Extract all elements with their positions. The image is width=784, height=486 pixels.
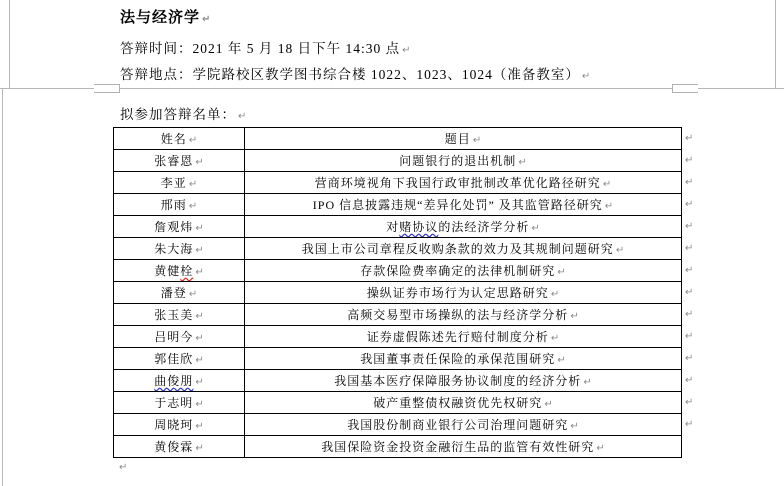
cell-text: 问题银行的退出机制 — [399, 154, 516, 168]
end-of-row-mark-icon: ↵ — [685, 282, 693, 304]
margin-crop-mark-right — [672, 84, 698, 93]
paragraph-mark-icon: ↵ — [518, 157, 526, 168]
roster-label-line[interactable]: 拟参加答辩名单：↵ — [120, 103, 246, 123]
topic-cell[interactable]: 我国董事责任保险的承保范围研究↵ — [245, 348, 682, 370]
cell-text: 张玉美 — [154, 308, 193, 322]
paragraph-mark-icon: ↵ — [189, 135, 197, 146]
table-row: 周晓珂↵我国股份制商业银行公司治理问题研究↵ — [114, 414, 682, 436]
name-column-header[interactable]: 姓名↵ — [114, 128, 245, 150]
defense-time-text: 答辩时间：2021 年 5 月 18 日下午 14:30 点 — [120, 41, 400, 56]
paragraph-mark-icon: ↵ — [570, 311, 578, 322]
topic-cell[interactable]: 操纵证券市场行为认定思路研究↵ — [245, 282, 682, 304]
topic-cell[interactable]: 破产重整债权融资优先权研究↵ — [245, 392, 682, 414]
name-cell[interactable]: 于志明↵ — [114, 392, 245, 414]
table-row: 詹观炜↵对赌协议的法经济学分析↵ — [114, 216, 682, 238]
cell-text: 我国基本医疗保障服务协议制度的经济分析 — [334, 374, 581, 388]
cell-text: 邢雨 — [161, 198, 187, 212]
paragraph-mark-icon: ↵ — [616, 245, 624, 256]
document-page: 法与经济学↵ 答辩时间：2021 年 5 月 18 日下午 14:30 点↵ 答… — [0, 0, 784, 486]
paragraph-mark-icon: ↵ — [189, 201, 197, 212]
table-row: 张睿恩↵问题银行的退出机制↵ — [114, 150, 682, 172]
cell-text: 我国董事责任保险的承保范围研究 — [360, 352, 555, 366]
paragraph-mark-icon: ↵ — [195, 311, 203, 322]
name-cell[interactable]: 曲俊朋↵ — [114, 370, 245, 392]
end-of-row-mark-icon: ↵ — [685, 238, 693, 260]
end-paragraph-mark-icon: ↵ — [119, 462, 127, 473]
end-of-row-mark-icon: ↵ — [685, 348, 693, 370]
paragraph-mark-icon: ↵ — [544, 399, 552, 410]
paragraph-mark-icon: ↵ — [596, 443, 604, 454]
cell-text: IPO 信息披露违规“差异化处罚” 及其监管路径研究 — [313, 198, 603, 212]
paragraph-mark-icon: ↵ — [195, 223, 203, 234]
topic-cell[interactable]: 我国股份制商业银行公司治理问题研究↵ — [245, 414, 682, 436]
paragraph-mark-icon: ↵ — [195, 399, 203, 410]
paragraph-mark-icon: ↵ — [195, 355, 203, 366]
defense-roster-table: 姓名↵ 题目↵ 张睿恩↵问题银行的退出机制↵李亚↵营商环境视角下我国行政审批制改… — [113, 127, 682, 458]
name-cell[interactable]: 李亚↵ — [114, 172, 245, 194]
paragraph-mark-icon: ↵ — [557, 267, 565, 278]
end-of-row-mark-icon: ↵ — [685, 304, 693, 326]
cell-text: 于志明 — [154, 396, 193, 410]
table-row: 吕明今↵证券虚假陈述先行赔付制度分析↵ — [114, 326, 682, 348]
cell-text: 营商环境视角下我国行政审批制改革优化路径研究 — [315, 176, 601, 190]
defense-location-line[interactable]: 答辩地点：学院路校区教学图书综合楼 1022、1023、1024（准备教室）↵ — [120, 63, 590, 83]
name-cell[interactable]: 黄俊霖↵ — [114, 436, 245, 458]
paragraph-mark-icon: ↵ — [202, 14, 210, 25]
cell-text: 证券虚假陈述先行赔付制度分析 — [367, 330, 549, 344]
defense-location-text: 答辩地点：学院路校区教学图书综合楼 1022、1023、1024（准备教室） — [120, 67, 580, 82]
cell-text: 张睿恩 — [154, 154, 193, 168]
topic-cell[interactable]: 高频交易型市场操纵的法与经济学分析↵ — [245, 304, 682, 326]
cell-text: 我国保险资金投资金融衍生品的监管有效性研究 — [321, 440, 594, 454]
paragraph-mark-icon: ↵ — [603, 179, 611, 190]
cell-text: 破产重整债权融资优先权研究 — [373, 396, 542, 410]
paragraph-mark-icon: ↵ — [195, 421, 203, 432]
topic-cell[interactable]: 我国基本医疗保障服务协议制度的经济分析↵ — [245, 370, 682, 392]
paragraph-mark-icon: ↵ — [195, 245, 203, 256]
page-title[interactable]: 法与经济学↵ — [120, 6, 210, 27]
page-edge-line-left-lower — [2, 89, 3, 486]
name-cell[interactable]: 张玉美↵ — [114, 304, 245, 326]
paragraph-mark-icon: ↵ — [195, 377, 203, 388]
cell-text: 存款保险费率确定的法律机制研究 — [360, 264, 555, 278]
cell-text: 潘登 — [161, 286, 187, 300]
table-row: 李亚↵营商环境视角下我国行政审批制改革优化路径研究↵ — [114, 172, 682, 194]
name-cell[interactable]: 吕明今↵ — [114, 326, 245, 348]
cell-text: 郭佳欣 — [154, 352, 193, 366]
topic-cell[interactable]: 我国上市公司章程反收购条款的效力及其规制问题研究↵ — [245, 238, 682, 260]
name-cell[interactable]: 潘登↵ — [114, 282, 245, 304]
end-of-row-mark-icon: ↵ — [685, 326, 693, 348]
cell-text: 吕明今 — [154, 330, 193, 344]
paragraph-mark-icon: ↵ — [189, 289, 197, 300]
paragraph-mark-icon: ↵ — [195, 157, 203, 168]
topic-cell[interactable]: 证券虚假陈述先行赔付制度分析↵ — [245, 326, 682, 348]
table-row: 潘登↵操纵证券市场行为认定思路研究↵ — [114, 282, 682, 304]
end-of-row-marks: ↵↵↵↵↵↵↵↵↵↵↵↵↵↵ — [685, 128, 693, 436]
name-cell[interactable]: 周晓珂↵ — [114, 414, 245, 436]
topic-cell[interactable]: IPO 信息披露违规“差异化处罚” 及其监管路径研究↵ — [245, 194, 682, 216]
end-of-row-mark-icon: ↵ — [685, 128, 693, 150]
topic-cell[interactable]: 营商环境视角下我国行政审批制改革优化路径研究↵ — [245, 172, 682, 194]
cell-text: 栓 — [180, 264, 193, 278]
page-edge-line-right — [775, 0, 776, 88]
end-of-row-mark-icon: ↵ — [685, 194, 693, 216]
topic-cell[interactable]: 存款保险费率确定的法律机制研究↵ — [245, 260, 682, 282]
paragraph-mark-icon: ↵ — [195, 267, 203, 278]
topic-cell[interactable]: 我国保险资金投资金融衍生品的监管有效性研究↵ — [245, 436, 682, 458]
cell-text: 高频交易型市场操纵的法与经济学分析 — [347, 308, 568, 322]
table-row: 于志明↵破产重整债权融资优先权研究↵ — [114, 392, 682, 414]
page-title-text: 法与经济学 — [120, 10, 200, 26]
paragraph-mark-icon: ↵ — [557, 355, 565, 366]
table-header-row: 姓名↵ 题目↵ — [114, 128, 682, 150]
cell-text: 对 — [386, 220, 399, 234]
table-row: 郭佳欣↵我国董事责任保险的承保范围研究↵ — [114, 348, 682, 370]
table-row: 黄健栓↵存款保险费率确定的法律机制研究↵ — [114, 260, 682, 282]
end-of-row-mark-icon: ↵ — [685, 172, 693, 194]
cell-text: 我国股份制商业银行公司治理问题研究 — [347, 418, 568, 432]
paragraph-mark-icon: ↵ — [582, 71, 590, 82]
cell-text: 赌协议 — [399, 220, 438, 234]
name-cell[interactable]: 郭佳欣↵ — [114, 348, 245, 370]
end-of-row-mark-icon: ↵ — [685, 370, 693, 392]
paragraph-mark-icon: ↵ — [189, 179, 197, 190]
cell-text: 周晓珂 — [154, 418, 193, 432]
paragraph-mark-icon: ↵ — [473, 135, 481, 146]
defense-time-line[interactable]: 答辩时间：2021 年 5 月 18 日下午 14:30 点↵ — [120, 37, 411, 57]
cell-text: 朱大海 — [154, 242, 193, 256]
name-cell[interactable]: 邢雨↵ — [114, 194, 245, 216]
paragraph-mark-icon: ↵ — [195, 443, 203, 454]
cell-text: 詹观炜 — [154, 220, 193, 234]
cell-text: 操纵证券市场行为认定思路研究 — [367, 286, 549, 300]
table-row: 黄俊霖↵我国保险资金投资金融衍生品的监管有效性研究↵ — [114, 436, 682, 458]
page-edge-line-left — [9, 0, 10, 88]
name-cell[interactable]: 朱大海↵ — [114, 238, 245, 260]
paragraph-mark-icon: ↵ — [570, 421, 578, 432]
topic-cell[interactable]: 对赌协议的法经济学分析↵ — [245, 216, 682, 238]
topic-column-header[interactable]: 题目↵ — [245, 128, 682, 150]
cell-text: 黄健 — [154, 264, 180, 278]
topic-cell[interactable]: 问题银行的退出机制↵ — [245, 150, 682, 172]
paragraph-mark-icon: ↵ — [605, 201, 613, 212]
end-of-row-mark-icon: ↵ — [685, 150, 693, 172]
name-cell[interactable]: 黄健栓↵ — [114, 260, 245, 282]
table-row: 朱大海↵我国上市公司章程反收购条款的效力及其规制问题研究↵ — [114, 238, 682, 260]
cell-text: 我国上市公司章程反收购条款的效力及其规制问题研究 — [302, 242, 614, 256]
cell-text: 李亚 — [161, 176, 187, 190]
table-row: 曲俊朋↵我国基本医疗保障服务协议制度的经济分析↵ — [114, 370, 682, 392]
cell-text: 黄俊霖 — [154, 440, 193, 454]
name-cell[interactable]: 张睿恩↵ — [114, 150, 245, 172]
end-of-row-mark-icon: ↵ — [685, 392, 693, 414]
roster-label-text: 拟参加答辩名单： — [120, 107, 236, 122]
margin-crop-mark-left — [94, 84, 120, 93]
paragraph-mark-icon: ↵ — [583, 377, 591, 388]
paragraph-mark-icon: ↵ — [402, 45, 410, 56]
cell-text: 曲俊朋 — [154, 374, 193, 388]
table-row: 邢雨↵IPO 信息披露违规“差异化处罚” 及其监管路径研究↵ — [114, 194, 682, 216]
paragraph-mark-icon: ↵ — [531, 223, 539, 234]
paragraph-mark-icon: ↵ — [551, 333, 559, 344]
paragraph-mark-icon: ↵ — [195, 333, 203, 344]
paragraph-mark-icon: ↵ — [551, 289, 559, 300]
paragraph-mark-icon: ↵ — [238, 111, 246, 122]
end-of-row-mark-icon: ↵ — [685, 260, 693, 282]
end-of-row-mark-icon: ↵ — [685, 414, 693, 436]
name-cell[interactable]: 詹观炜↵ — [114, 216, 245, 238]
table-row: 张玉美↵高频交易型市场操纵的法与经济学分析↵ — [114, 304, 682, 326]
end-of-row-mark-icon: ↵ — [685, 216, 693, 238]
cell-text: 的法经济学分析 — [438, 220, 529, 234]
